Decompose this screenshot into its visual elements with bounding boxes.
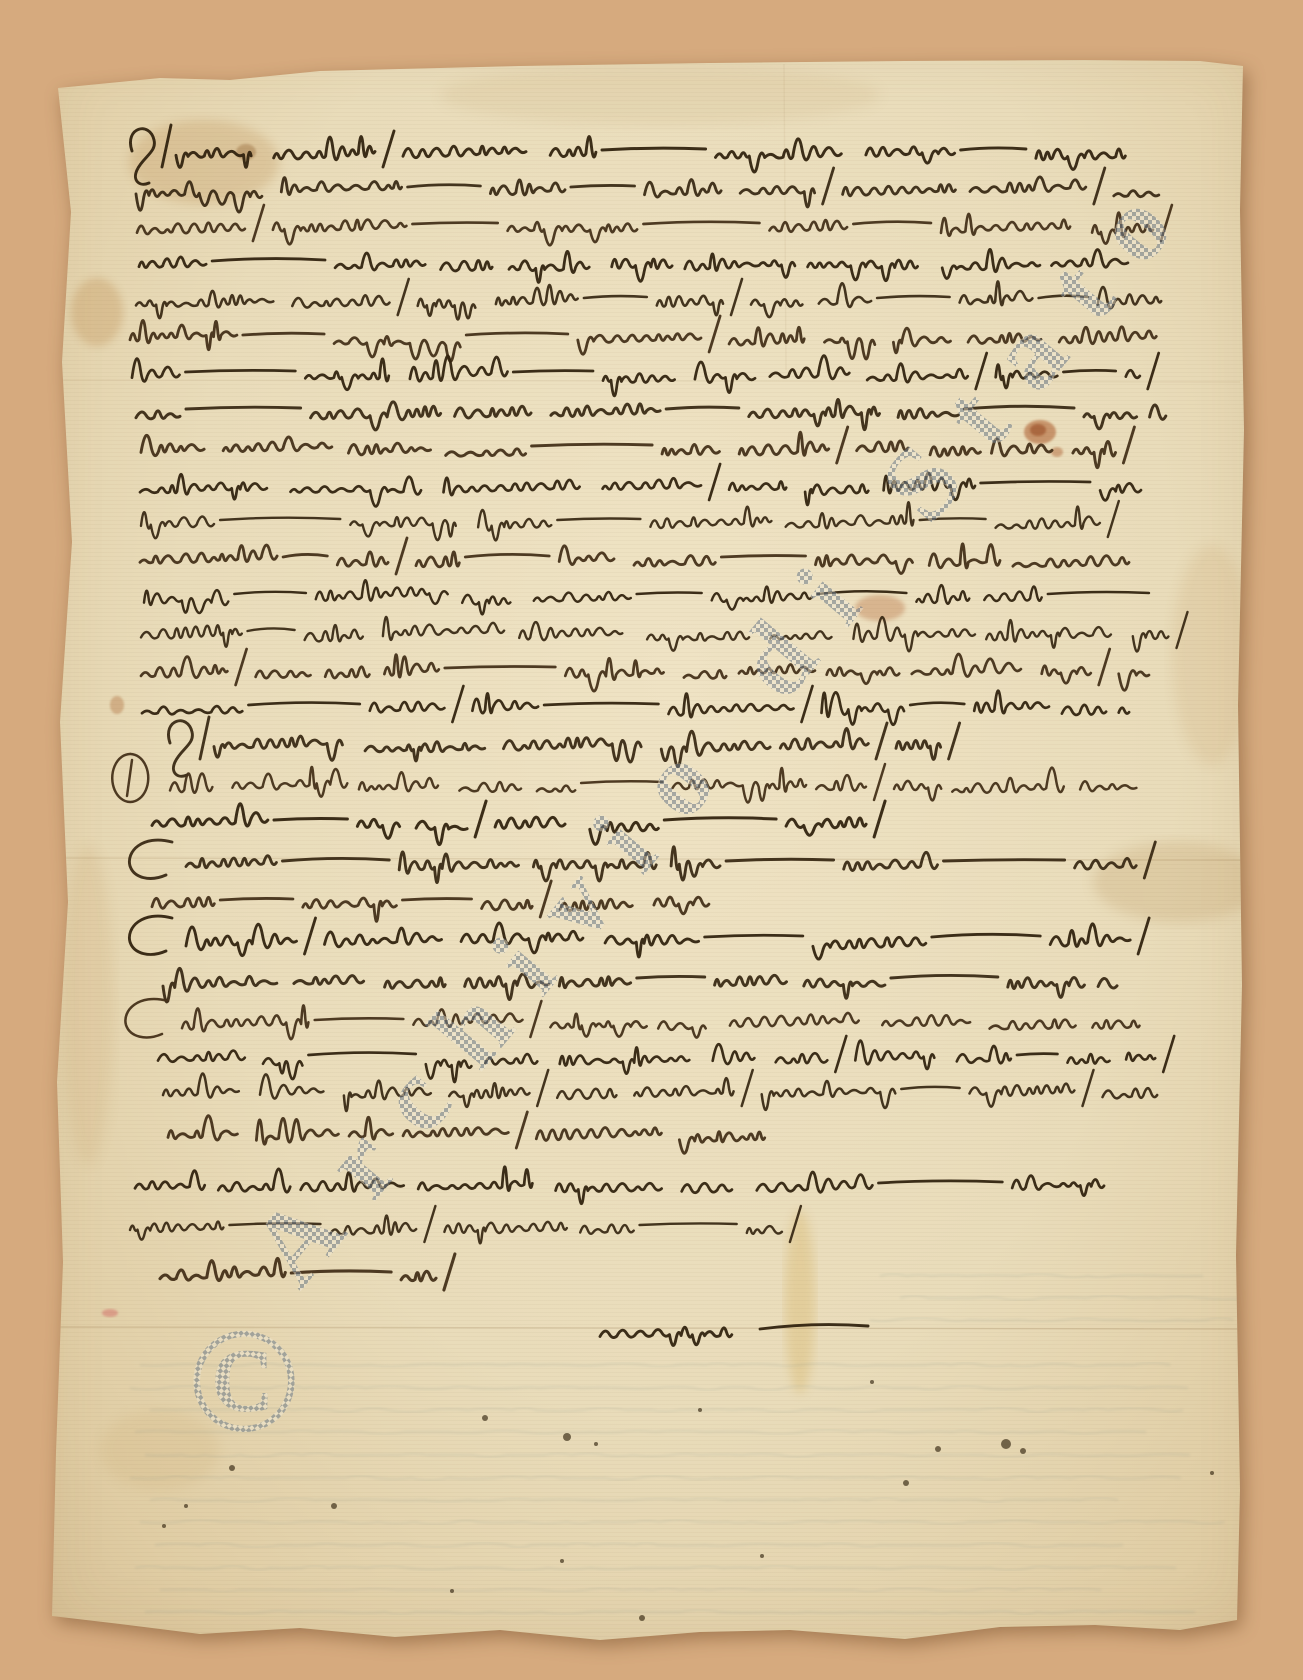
handwriting-line (130, 125, 1125, 184)
paper-shadow: © Archivio di Stato (0, 0, 1303, 1680)
handwriting-line (141, 649, 1149, 691)
handwriting-line (163, 1070, 1157, 1111)
handwriting-line (163, 968, 1117, 1001)
handwriting-line (129, 916, 1149, 959)
scan-background: © Archivio di Stato (0, 0, 1303, 1680)
copyright-icon: © (187, 1298, 299, 1464)
handwriting-line (125, 999, 1139, 1039)
handwriting-line (168, 717, 959, 776)
handwriting-line (139, 249, 1128, 282)
manuscript-layer: © Archivio di Stato (0, 0, 1303, 1680)
document-paper: © Archivio di Stato (0, 0, 1303, 1680)
handwriting-line (152, 801, 885, 845)
handwriting-line (142, 686, 1129, 725)
handwriting-line (137, 205, 1172, 245)
handwriting-line (136, 168, 1159, 212)
handwriting-line (140, 538, 1129, 574)
handwriting-line (144, 580, 1149, 614)
watermark-text: Archivio di Stato (227, 140, 1218, 1307)
handwriting-line (130, 1206, 801, 1243)
archive-watermark: © Archivio di Stato (187, 140, 1218, 1464)
handwriting-line (141, 612, 1188, 651)
handwriting-line (158, 1036, 1174, 1082)
